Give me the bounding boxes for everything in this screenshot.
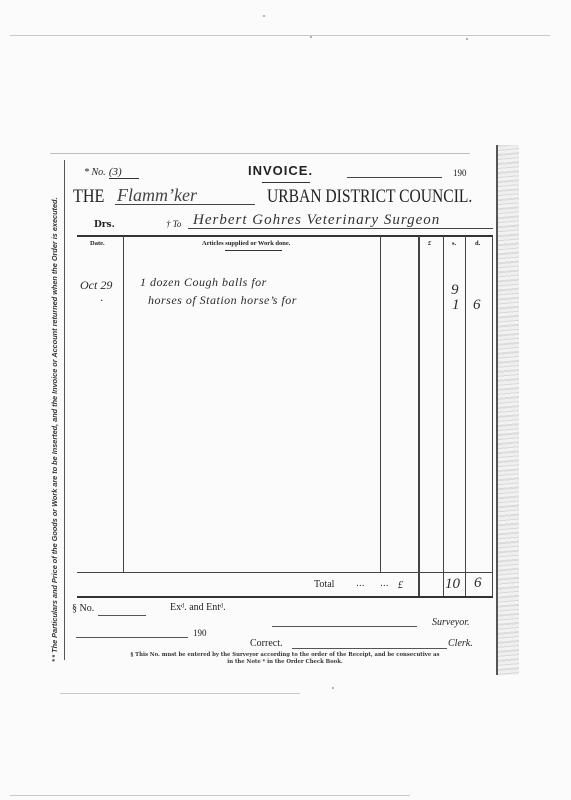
scan-artifact-line <box>60 693 300 694</box>
footer-note: § This No. must be entered by the Survey… <box>100 652 470 666</box>
council-name-handwritten: Flamm’ker <box>117 185 197 206</box>
total-leader-dots: ... <box>356 579 365 589</box>
clerk-label: Clerk. <box>448 638 473 649</box>
header-underline <box>225 250 282 251</box>
total-top-rule <box>77 572 493 573</box>
invoice-number-value: (3) <box>109 166 139 179</box>
total-pence: 6 <box>474 575 482 592</box>
form-border-right <box>496 145 498 675</box>
total-leader-dots: ... <box>380 579 389 589</box>
payee-line <box>188 228 493 229</box>
date-field-line <box>347 177 442 178</box>
the-label: THE <box>73 186 104 208</box>
column-divider-pence <box>465 236 466 597</box>
row-2-pence: 6 <box>473 297 481 314</box>
council-title: URBAN DISTRICT COUNCIL. <box>267 186 472 208</box>
council-name-line <box>115 204 255 205</box>
ex-ent-label: Exᵈ. and Entᵈ. <box>170 602 226 613</box>
surveyor-label: Surveyor. <box>432 617 470 628</box>
header-pounds: £ <box>428 240 431 247</box>
header-shillings: s. <box>452 240 456 247</box>
footer-note-line-1: § This No. must be entered by the Survey… <box>100 652 470 659</box>
row-2-shillings: 1 <box>452 297 460 314</box>
column-divider-right <box>492 236 493 597</box>
scan-artifact-line <box>10 795 410 796</box>
title-underline <box>262 182 310 183</box>
scan-speck <box>263 15 265 17</box>
scan-artifact-line <box>50 153 470 154</box>
clerk-line <box>292 648 447 649</box>
header-articles: Articles supplied or Work done. <box>202 240 290 247</box>
scan-speck <box>466 38 468 40</box>
scan-speck <box>310 36 312 38</box>
payee-handwritten: Herbert Gohres Veterinary Surgeon <box>193 212 440 229</box>
footer-date-line <box>76 637 188 638</box>
invoice-number: * No. (3) <box>84 166 139 179</box>
scan-speck <box>332 687 334 689</box>
table-top-rule <box>77 235 493 237</box>
total-label: Total <box>314 579 334 590</box>
column-divider-extra <box>380 236 381 572</box>
drs-label: Drs. <box>94 220 115 230</box>
year-prefix: 190 <box>453 168 467 178</box>
form-border-left <box>64 160 65 660</box>
total-shillings: 10 <box>445 576 460 593</box>
row-2-article: horses of Station horse’s for <box>148 293 297 308</box>
row-2-date: · <box>100 293 103 308</box>
total-currency: £ <box>398 580 403 591</box>
column-divider-date <box>123 236 124 572</box>
footer-no-line <box>98 615 146 616</box>
footer-no-label: § No. <box>72 603 94 614</box>
to-label: † To <box>166 219 181 229</box>
row-1-article: 1 dozen Cough balls for <box>140 275 267 290</box>
surveyor-line <box>272 626 417 627</box>
total-bottom-rule <box>77 596 493 598</box>
row-1-date: Oct 29 <box>80 278 112 293</box>
scan-artifact-line <box>10 35 550 36</box>
margin-instruction: * * The Particulars and Price of the Goo… <box>50 162 59 662</box>
invoice-number-label: * No. <box>84 167 106 178</box>
correct-label: Correct. <box>250 638 283 649</box>
header-pence: d. <box>475 240 480 247</box>
footer-note-line-2: in the Note * in the Order Check Book. <box>100 659 470 666</box>
header-date: Date. <box>90 240 105 247</box>
column-divider-shillings <box>443 236 444 597</box>
footer-year-prefix: 190 <box>193 628 207 638</box>
invoice-title: INVOICE. <box>248 163 313 178</box>
scan-edge-shadow <box>497 145 519 675</box>
column-divider-pounds <box>418 236 420 597</box>
